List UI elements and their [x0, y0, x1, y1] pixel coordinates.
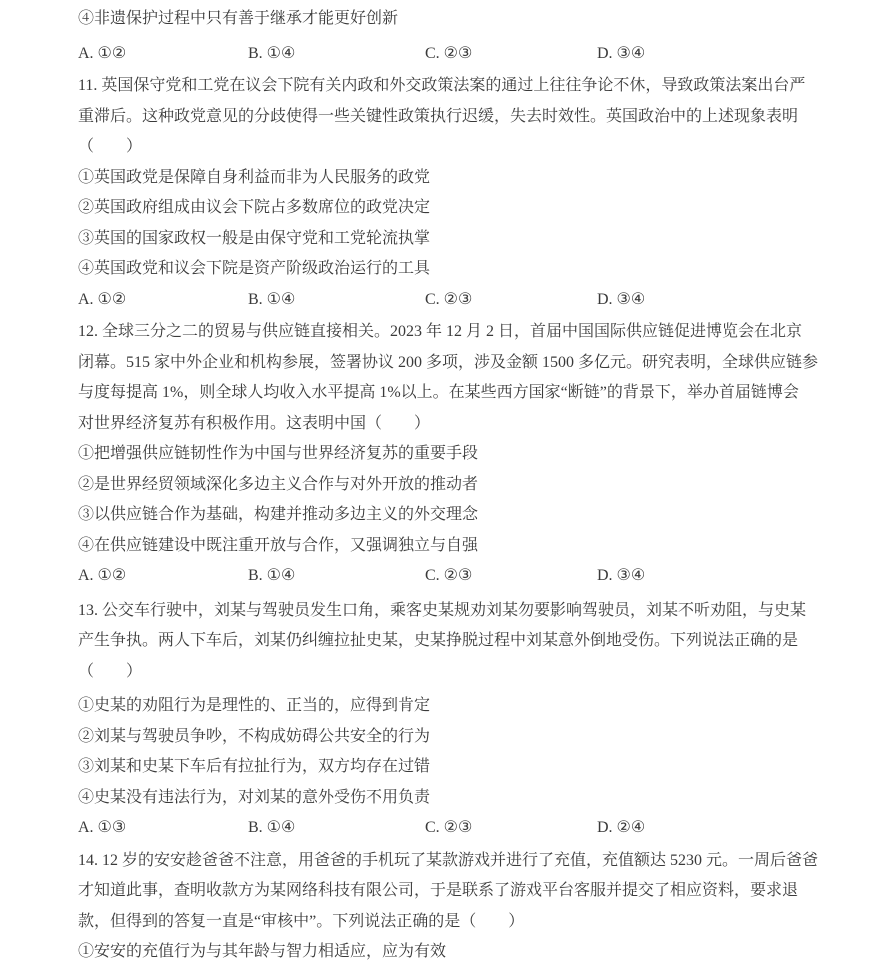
- question-11: 11. 英国保守党和工党在议会下院有关内政和外交政策法案的通过上往往争论不休，导…: [78, 71, 808, 315]
- q11-answer-row: A. ①② B. ①④ C. ②③ D. ③④: [78, 285, 808, 316]
- q13-option-3: ③刘某和史某下车后有拉扯行为，双方均存在过错: [78, 752, 808, 783]
- q11-choice-a: A. ①②: [78, 285, 248, 316]
- q11-choice-c: C. ②③: [425, 285, 597, 316]
- q13-option-1: ①史某的劝阻行为是理性的、正当的，应得到肯定: [78, 691, 808, 722]
- q14-stem-line-3: 款，但得到的答复一直是“审核中”。下列说法正确的是（ ）: [78, 907, 808, 938]
- q12-option-4: ④在供应链建设中既注重开放与合作，又强调独立与自强: [78, 531, 808, 562]
- q14-option-1: ①安安的充值行为与其年龄与智力相适应，应为有效: [78, 937, 808, 968]
- q13-option-2: ②刘某与驾驶员争吵，不构成妨碍公共安全的行为: [78, 722, 808, 753]
- q12-answer-row: A. ①② B. ①④ C. ②③ D. ③④: [78, 561, 808, 592]
- q10-answer-row: A. ①② B. ①④ C. ②③ D. ③④: [78, 39, 808, 70]
- q13-choice-d: D. ②④: [597, 813, 808, 844]
- q12-stem-line-2: 闭幕。515 家中外企业和机构参展，签署协议 200 多项，涉及金额 1500 …: [78, 348, 808, 379]
- q12-option-1: ①把增强供应链韧性作为中国与世界经济复苏的重要手段: [78, 439, 808, 470]
- q12-choice-d: D. ③④: [597, 561, 808, 592]
- q10-choice-d: D. ③④: [597, 39, 808, 70]
- q11-choice-d: D. ③④: [597, 285, 808, 316]
- q13-choice-c: C. ②③: [425, 813, 597, 844]
- q14-stem-line-1: 14. 12 岁的安安趁爸爸不注意，用爸爸的手机玩了某款游戏并进行了充值，充值额…: [78, 846, 808, 877]
- q14-stem-line-2: 才知道此事，查明收款方为某网络科技有限公司，于是联系了游戏平台客服并提交了相应资…: [78, 876, 808, 907]
- q12-stem-line-4: 对世界经济复苏有积极作用。这表明中国（ ）: [78, 409, 808, 440]
- q10-choice-c: C. ②③: [425, 39, 597, 70]
- q12-choice-a: A. ①②: [78, 561, 248, 592]
- q13-choice-a: A. ①③: [78, 813, 248, 844]
- q13-stem-line-1: 13. 公交车行驶中，刘某与驾驶员发生口角，乘客史某规劝刘某勿要影响驾驶员，刘某…: [78, 596, 808, 627]
- q12-choice-c: C. ②③: [425, 561, 597, 592]
- question-13: 13. 公交车行驶中，刘某与驾驶员发生口角，乘客史某规劝刘某勿要影响驾驶员，刘某…: [78, 596, 808, 844]
- q11-option-4: ④英国政党和议会下院是资产阶级政治运行的工具: [78, 254, 808, 285]
- q10-choice-a: A. ①②: [78, 39, 248, 70]
- q11-stem-line-2: 重滞后。这种政党意见的分歧使得一些关键性政策执行迟缓，失去时效性。英国政治中的上…: [78, 102, 808, 133]
- q13-answer-row: A. ①③ B. ①④ C. ②③ D. ②④: [78, 813, 808, 844]
- exam-page: ④非遗保护过程中只有善于继承才能更好创新 A. ①② B. ①④ C. ②③ D…: [0, 0, 872, 980]
- q11-option-2: ②英国政府组成由议会下院占多数席位的政党决定: [78, 193, 808, 224]
- q12-stem-line-3: 与度每提高 1%，则全球人均收入水平提高 1%以上。在某些西方国家“断链”的背景…: [78, 378, 808, 409]
- q11-option-3: ③英国的国家政权一般是由保守党和工党轮流执掌: [78, 224, 808, 255]
- q11-option-1: ①英国政党是保障自身利益而非为人民服务的政党: [78, 163, 808, 194]
- question-12: 12. 全球三分之二的贸易与供应链直接相关。2023 年 12 月 2 日，首届…: [78, 317, 808, 592]
- q13-stem-line-2: 产生争执。两人下车后，刘某仍纠缠拉扯史某，史某挣脱过程中刘某意外倒地受伤。下列说…: [78, 626, 808, 657]
- question-10-fragment: ④非遗保护过程中只有善于继承才能更好创新 A. ①② B. ①④ C. ②③ D…: [78, 4, 808, 69]
- q12-option-2: ②是世界经贸领域深化多边主义合作与对外开放的推动者: [78, 470, 808, 501]
- q11-stem-line-3: （ ）: [78, 132, 808, 163]
- q12-stem-line-1: 12. 全球三分之二的贸易与供应链直接相关。2023 年 12 月 2 日，首届…: [78, 317, 808, 348]
- q10-option-4: ④非遗保护过程中只有善于继承才能更好创新: [78, 4, 808, 35]
- q13-choice-b: B. ①④: [248, 813, 425, 844]
- q11-stem-line-1: 11. 英国保守党和工党在议会下院有关内政和外交政策法案的通过上往往争论不休，导…: [78, 71, 808, 102]
- q10-choice-b: B. ①④: [248, 39, 425, 70]
- q12-choice-b: B. ①④: [248, 561, 425, 592]
- q13-stem-line-3: （ ）: [78, 657, 808, 688]
- q13-option-4: ④史某没有违法行为，对刘某的意外受伤不用负责: [78, 783, 808, 814]
- q11-choice-b: B. ①④: [248, 285, 425, 316]
- q12-option-3: ③以供应链合作为基础，构建并推动多边主义的外交理念: [78, 500, 808, 531]
- question-14: 14. 12 岁的安安趁爸爸不注意，用爸爸的手机玩了某款游戏并进行了充值，充值额…: [78, 846, 808, 968]
